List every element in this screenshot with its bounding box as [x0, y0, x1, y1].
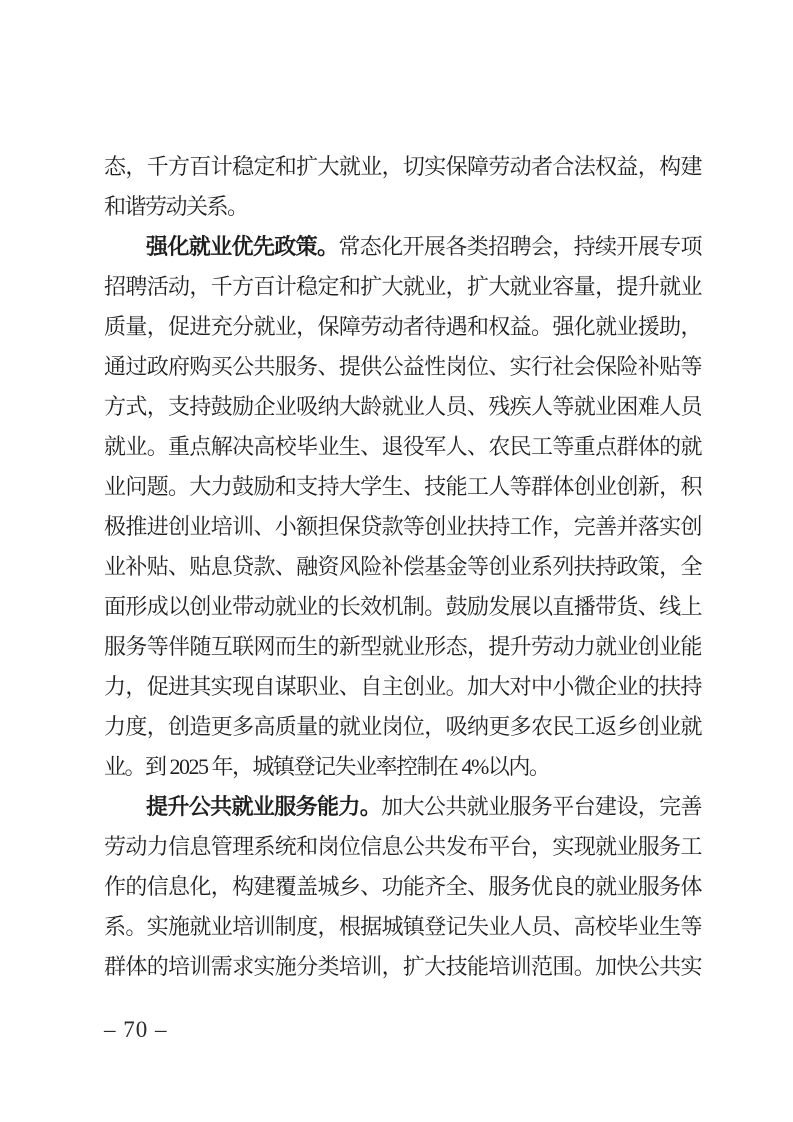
page-number: – 70 –: [104, 1012, 168, 1048]
text-segment: 力，促进其实现自谋职业、自主创业。加大对中小微企业的扶持: [104, 674, 701, 699]
text-segment: 方式，支持鼓励企业吸纳大龄就业人员、残疾人等就业困难人员: [104, 394, 701, 419]
document-page: 态，千方百计稳定和扩大就业，切实保障劳动者合法权益，构建和谐劳动关系。强化就业优…: [0, 0, 793, 1122]
text-segment: 加大公共就业服务平台建设，完善: [381, 794, 701, 819]
text-line: 面形成以创业带动就业的长效机制。鼓励发展以直播带货、线上: [104, 587, 701, 627]
text-line: 质量，促进充分就业，保障劳动者待遇和权益。强化就业援助，: [104, 307, 701, 347]
text-line: 强化就业优先政策。常态化开展各类招聘会，持续开展专项: [104, 227, 701, 267]
text-line: 通过政府购买公共服务、提供公益性岗位、实行社会保险补贴等: [104, 347, 701, 387]
paragraph-bold-lead: 提升公共就业服务能力。: [146, 794, 381, 819]
text-segment: 群体的培训需求实施分类培训，扩大技能培训范围。加快公共实: [104, 954, 701, 979]
text-segment: 力度，创造更多高质量的就业岗位，吸纳更多农民工返乡创业就: [104, 714, 701, 739]
text-segment: 态，千方百计稳定和扩大就业，切实保障劳动者合法权益，构建: [104, 154, 701, 179]
text-line: 业补贴、贴息贷款、融资风险补偿基金等创业系列扶持政策，全: [104, 547, 701, 587]
text-line: 极推进创业培训、小额担保贷款等创业扶持工作，完善并落实创: [104, 507, 701, 547]
text-segment: 质量，促进充分就业，保障劳动者待遇和权益。强化就业援助，: [104, 314, 701, 339]
text-segment: 业补贴、贴息贷款、融资风险补偿基金等创业系列扶持政策，全: [104, 554, 701, 579]
text-line: 服务等伴随互联网而生的新型就业形态，提升劳动力就业创业能: [104, 627, 701, 667]
text-segment: 业问题。大力鼓励和支持大学生、技能工人等群体创业创新，积: [104, 474, 701, 499]
text-line: 力度，创造更多高质量的就业岗位，吸纳更多农民工返乡创业就: [104, 707, 701, 747]
text-segment: 作的信息化，构建覆盖城乡、功能齐全、服务优良的就业服务体: [104, 874, 701, 899]
text-segment: 通过政府购买公共服务、提供公益性岗位、实行社会保险补贴等: [104, 354, 701, 379]
text-segment: 极推进创业培训、小额担保贷款等创业扶持工作，完善并落实创: [104, 514, 701, 539]
text-line: 招聘活动，千方百计稳定和扩大就业，扩大就业容量，提升就业: [104, 267, 701, 307]
text-segment: 面形成以创业带动就业的长效机制。鼓励发展以直播带货、线上: [104, 594, 701, 619]
text-segment: 招聘活动，千方百计稳定和扩大就业，扩大就业容量，提升就业: [104, 274, 701, 299]
text-line: 力，促进其实现自谋职业、自主创业。加大对中小微企业的扶持: [104, 667, 701, 707]
text-line: 系。实施就业培训制度，根据城镇登记失业人员、高校毕业生等: [104, 907, 701, 947]
text-line: 业。到 2025 年，城镇登记失业率控制在 4%以内。: [104, 747, 701, 787]
text-line: 态，千方百计稳定和扩大就业，切实保障劳动者合法权益，构建: [104, 147, 701, 187]
text-segment: 服务等伴随互联网而生的新型就业形态，提升劳动力就业创业能: [104, 634, 701, 659]
text-line: 和谐劳动关系。: [104, 187, 701, 227]
document-body: 态，千方百计稳定和扩大就业，切实保障劳动者合法权益，构建和谐劳动关系。强化就业优…: [104, 147, 701, 987]
text-segment: 就业。重点解决高校毕业生、退役军人、农民工等重点群体的就: [104, 434, 701, 459]
text-segment: 劳动力信息管理系统和岗位信息公共发布平台，实现就业服务工: [104, 834, 701, 859]
text-line: 作的信息化，构建覆盖城乡、功能齐全、服务优良的就业服务体: [104, 867, 701, 907]
text-line: 方式，支持鼓励企业吸纳大龄就业人员、残疾人等就业困难人员: [104, 387, 701, 427]
text-line: 业问题。大力鼓励和支持大学生、技能工人等群体创业创新，积: [104, 467, 701, 507]
text-line: 提升公共就业服务能力。加大公共就业服务平台建设，完善: [104, 787, 701, 827]
text-segment: 业。到 2025 年，城镇登记失业率控制在 4%以内。: [104, 754, 549, 779]
text-segment: 系。实施就业培训制度，根据城镇登记失业人员、高校毕业生等: [104, 914, 701, 939]
paragraph-bold-lead: 强化就业优先政策。: [146, 234, 338, 259]
text-segment: 常态化开展各类招聘会，持续开展专项: [338, 234, 701, 259]
text-segment: 和谐劳动关系。: [104, 194, 248, 219]
text-line: 群体的培训需求实施分类培训，扩大技能培训范围。加快公共实: [104, 947, 701, 987]
text-line: 就业。重点解决高校毕业生、退役军人、农民工等重点群体的就: [104, 427, 701, 467]
text-line: 劳动力信息管理系统和岗位信息公共发布平台，实现就业服务工: [104, 827, 701, 867]
